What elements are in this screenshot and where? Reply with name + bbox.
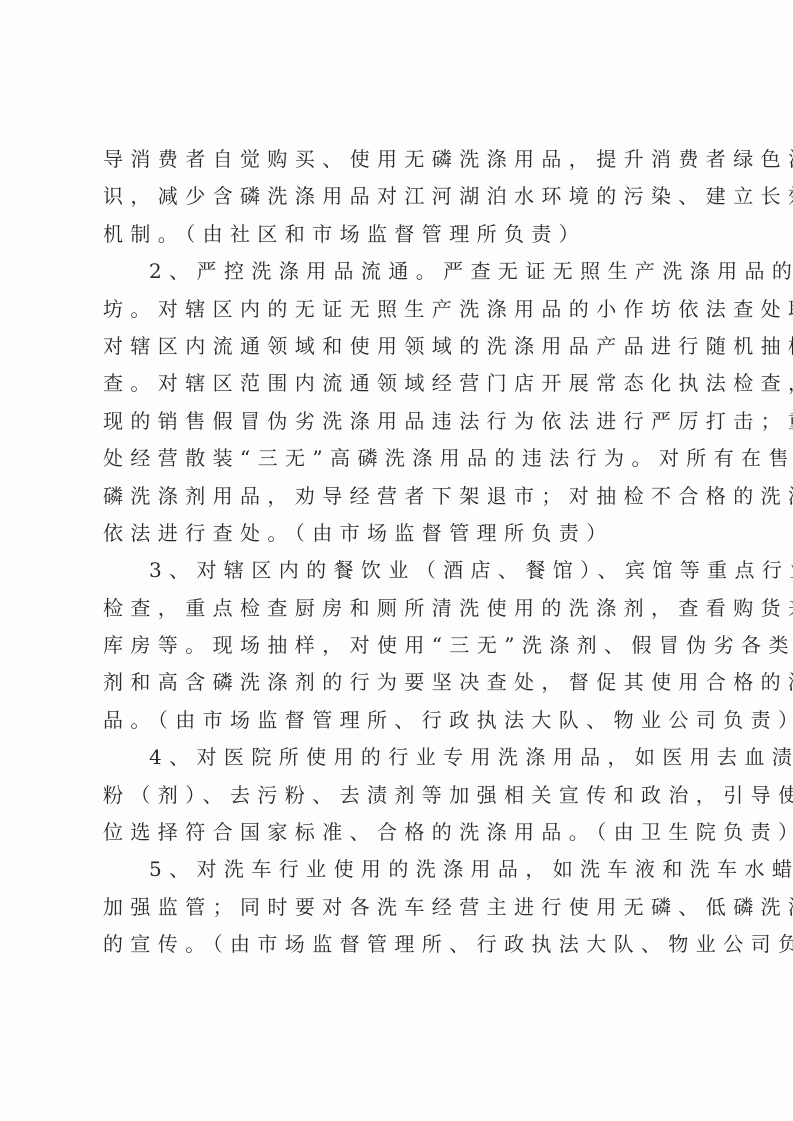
paragraph-item-3: 3、对辖区内的餐饮业（酒店、餐馆）、宾馆等重点行业开展 检查，重点检查厨房和厕所… <box>103 552 693 739</box>
paragraph-item-2: 2、严控洗涤用品流通。严查无证无照生产洗涤用品的小作 坊。对辖区内的无证无照生产… <box>103 253 693 552</box>
text-line: 处经营散装“三无”高磷洗涤用品的违法行为。对所有在售高含 <box>103 440 693 477</box>
text-line: 查。对辖区范围内流通领域经营门店开展常态化执法检查，对发 <box>103 365 693 402</box>
text-line: 对辖区内流通领域和使用领域的洗涤用品产品进行随机抽样检 <box>103 328 693 365</box>
paragraph-item-4: 4、对医院所使用的行业专用洗涤用品，如医用去血渍洗衣 粉（剂）、去污粉、去渍剂等… <box>103 739 693 851</box>
text-line: 坊。对辖区内的无证无照生产洗涤用品的小作坊依法查处取缔； <box>103 291 693 328</box>
text-line: 机制。（由社区和市场监督管理所负责） <box>103 216 693 253</box>
text-line: 2、严控洗涤用品流通。严查无证无照生产洗涤用品的小作 <box>103 253 693 290</box>
text-line: 5、对洗车行业使用的洗涤用品，如洗车液和洗车水蜡等， <box>103 851 693 888</box>
text-line: 导消费者自觉购买、使用无磷洗涤用品，提升消费者绿色消费意 <box>103 141 693 178</box>
paragraph-item-5: 5、对洗车行业使用的洗涤用品，如洗车液和洗车水蜡等， 加强监管；同时要对各洗车经… <box>103 851 693 963</box>
text-line: 库房等。现场抽样，对使用“三无”洗涤剂、假冒伪劣各类洗涤 <box>103 627 693 664</box>
text-line: 识，减少含磷洗涤用品对江河湖泊水环境的污染、建立长效治理 <box>103 178 693 215</box>
text-line: 3、对辖区内的餐饮业（酒店、餐馆）、宾馆等重点行业开展 <box>103 552 693 589</box>
text-line: 检查，重点检查厨房和厕所清洗使用的洗涤剂，查看购货来源、 <box>103 590 693 627</box>
text-line: 品。（由市场监督管理所、行政执法大队、物业公司负责） <box>103 702 693 739</box>
text-line: 现的销售假冒伪劣洗涤用品违法行为依法进行严厉打击；重点查 <box>103 403 693 440</box>
paragraph-continued: 导消费者自觉购买、使用无磷洗涤用品，提升消费者绿色消费意 识，减少含磷洗涤用品对… <box>103 141 693 253</box>
text-line: 剂和高含磷洗涤剂的行为要坚决查处，督促其使用合格的洗涤用 <box>103 664 693 701</box>
text-line: 粉（剂）、去污粉、去渍剂等加强相关宣传和政治，引导使用单 <box>103 777 693 814</box>
text-line: 的宣传。（由市场监督管理所、行政执法大队、物业公司负责） <box>103 926 693 963</box>
text-line: 加强监管；同时要对各洗车经营主进行使用无磷、低磷洗涤用品 <box>103 889 693 926</box>
text-line: 4、对医院所使用的行业专用洗涤用品，如医用去血渍洗衣 <box>103 739 693 776</box>
document-page: 导消费者自觉购买、使用无磷洗涤用品，提升消费者绿色消费意 识，减少含磷洗涤用品对… <box>0 0 793 1121</box>
text-line: 依法进行查处。（由市场监督管理所负责） <box>103 515 693 552</box>
document-body: 导消费者自觉购买、使用无磷洗涤用品，提升消费者绿色消费意 识，减少含磷洗涤用品对… <box>103 141 693 964</box>
text-line: 磷洗涤剂用品，劝导经营者下架退市；对抽检不合格的洗涤用品， <box>103 478 693 515</box>
text-line: 位选择符合国家标准、合格的洗涤用品。（由卫生院负责） <box>103 814 693 851</box>
